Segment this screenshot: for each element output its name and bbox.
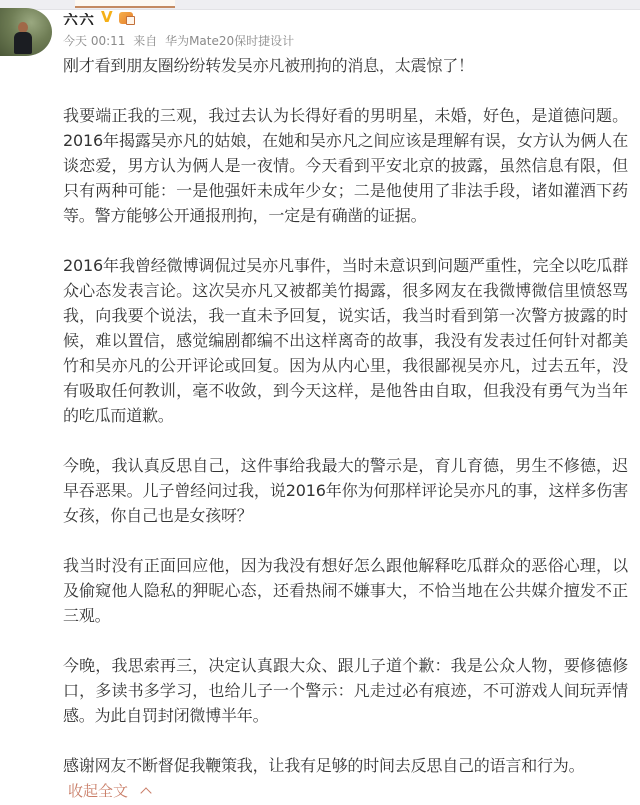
post-paragraph: 今晚，我认真反思自己，这件事给我最大的警示是，育儿育德，男生不修德，迟早吞恶果。… <box>63 453 628 528</box>
avatar[interactable] <box>0 8 52 56</box>
member-level-icon <box>119 12 133 24</box>
post-paragraph: 今晚，我思索再三，决定认真跟大众、跟儿子道个歉：我是公众人物，要修德修口，多读书… <box>63 653 628 728</box>
post-header: 六六 V <box>63 6 133 26</box>
verified-icon: V <box>101 10 113 25</box>
collapse-full-text-button[interactable]: 收起全文 <box>68 780 150 801</box>
collapse-label: 收起全文 <box>68 780 128 801</box>
post-body: 刚才看到朋友圈纷纷转发吴亦凡被刑拘的消息，太震惊了！ 我要端正我的三观，我过去认… <box>63 53 628 778</box>
post-meta: 今天 00:11 来自 华为Mate20保时捷设计 <box>63 32 298 49</box>
post-paragraph: 刚才看到朋友圈纷纷转发吴亦凡被刑拘的消息，太震惊了！ <box>63 53 628 78</box>
post-paragraph: 我要端正我的三观，我过去认为长得好看的男明星，未婚，好色，是道德问题。2016年… <box>63 103 628 228</box>
source-prefix: 来自 <box>133 34 157 48</box>
post-paragraph: 2016年我曾经微博调侃过吴亦凡事件，当时未意识到问题严重性，完全以吃瓜群众心态… <box>63 253 628 428</box>
avatar-photo-icon <box>14 22 32 52</box>
post-paragraph: 感谢网友不断督促我鞭策我，让我有足够的时间去反思自己的语言和行为。 <box>63 753 628 778</box>
post-time[interactable]: 今天 00:11 <box>63 34 125 48</box>
chevron-up-icon <box>140 787 151 798</box>
post-source: 华为Mate20保时捷设计 <box>165 34 294 48</box>
post-paragraph: 我当时没有正面回应他，因为我没有想好怎么跟他解释吃瓜群众的恶俗心理，以及偷窥他人… <box>63 553 628 628</box>
author-name[interactable]: 六六 <box>63 13 95 25</box>
